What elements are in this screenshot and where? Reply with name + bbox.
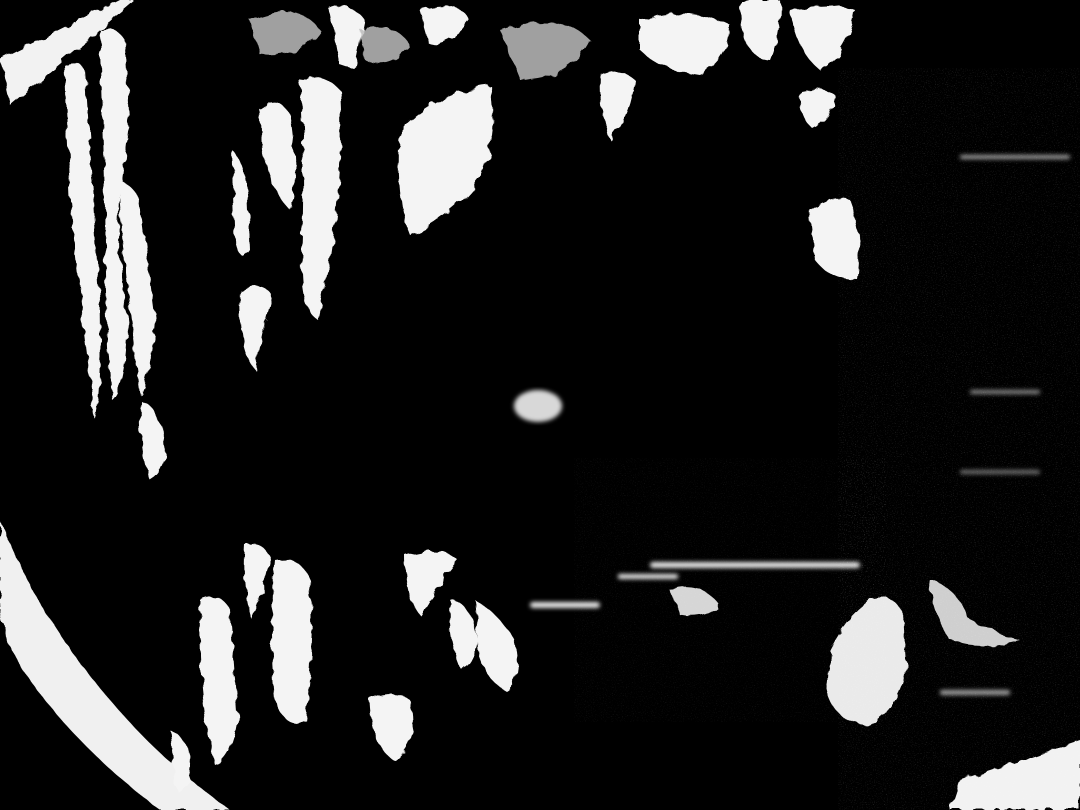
abstract-photo (0, 0, 1080, 810)
central-blob (514, 390, 562, 422)
photo-shapes (0, 0, 1080, 810)
grain-texture (860, 130, 1080, 750)
